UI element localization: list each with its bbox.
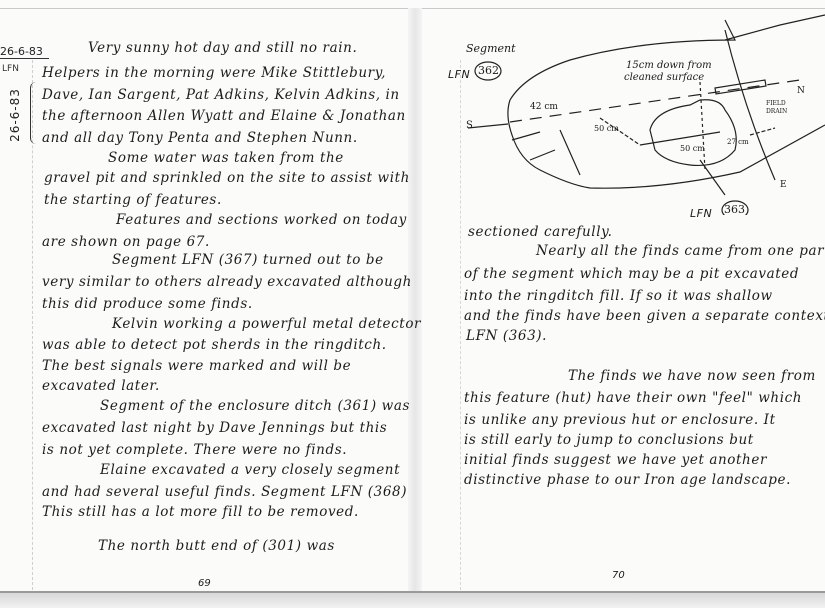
text-line: and had several useful finds. Segment LF… bbox=[42, 484, 407, 500]
text-line: the afternoon Allen Wyatt and Elaine & J… bbox=[42, 108, 406, 124]
text-line: The north butt end of (301) was bbox=[98, 538, 335, 554]
left-page: 26-6-83 LFN 26-6-83 Very sunny hot day a… bbox=[0, 0, 405, 590]
text-line: into the ringditch fill. If so it was sh… bbox=[464, 288, 773, 304]
text-line: is not yet complete. There were no finds… bbox=[42, 442, 347, 458]
text-line: are shown on page 67. bbox=[42, 234, 210, 250]
text-line: Helpers in the morning were Mike Stittle… bbox=[42, 65, 386, 81]
text-line: The best signals were marked and will be bbox=[42, 358, 351, 374]
bottom-shadow bbox=[0, 593, 825, 608]
text-line: is still early to jump to conclusions bu… bbox=[464, 432, 754, 448]
page-gutter bbox=[408, 8, 422, 591]
text-line: Some water was taken from the bbox=[108, 150, 344, 166]
margin-date-rotated: 26-6-83 bbox=[8, 88, 22, 142]
text-line: excavated last night by Dave Jennings bu… bbox=[42, 420, 387, 436]
text-line: Features and sections worked on today bbox=[116, 212, 407, 228]
text-line: very similar to others already excavated… bbox=[42, 274, 412, 290]
text-line: This still has a lot more fill to be rem… bbox=[42, 504, 359, 520]
page-number: 70 bbox=[612, 570, 625, 581]
text-line: distinctive phase to our Iron age landsc… bbox=[464, 472, 791, 488]
text-line: sectioned carefully. bbox=[468, 224, 612, 240]
margin-date: 26-6-83 bbox=[0, 45, 49, 59]
text-line: excavated later. bbox=[42, 378, 160, 394]
text-line: and the finds have been given a separate… bbox=[464, 308, 825, 324]
notebook-spread: 26-6-83 LFN 26-6-83 Very sunny hot day a… bbox=[0, 0, 825, 608]
text-line: The finds we have now seen from bbox=[568, 368, 816, 384]
text-line: Very sunny hot day and still no rain. bbox=[88, 40, 357, 56]
text-line: Segment LFN (367) turned out to be bbox=[112, 252, 384, 268]
text-line: was able to detect pot sherds in the rin… bbox=[42, 337, 387, 353]
text-line: Kelvin working a powerful metal detector bbox=[112, 316, 421, 332]
text-line: the starting of features. bbox=[44, 192, 222, 208]
text-line: and all day Tony Penta and Stephen Nunn. bbox=[42, 130, 358, 146]
text-line: Nearly all the finds came from one part bbox=[536, 243, 825, 259]
text-line: this did produce some finds. bbox=[42, 296, 253, 312]
page-number: 69 bbox=[198, 578, 211, 589]
text-line: this feature (hut) have their own "feel"… bbox=[464, 390, 802, 406]
text-line: initial finds suggest we have yet anothe… bbox=[464, 452, 767, 468]
right-page: sectioned carefully. Nearly all the find… bbox=[422, 0, 825, 590]
text-line: Segment of the enclosure ditch (361) was bbox=[100, 398, 410, 414]
margin-brace bbox=[30, 82, 37, 144]
margin-lfn-label: LFN bbox=[2, 64, 19, 74]
text-line: gravel pit and sprinkled on the site to … bbox=[44, 170, 410, 186]
text-line: is unlike any previous hut or enclosure.… bbox=[464, 412, 776, 428]
text-line: Elaine excavated a very closely segment bbox=[100, 462, 400, 478]
text-line: Dave, Ian Sargent, Pat Adkins, Kelvin Ad… bbox=[42, 87, 400, 103]
text-line: of the segment which may be a pit excava… bbox=[464, 266, 799, 282]
text-line: LFN (363). bbox=[466, 328, 547, 344]
